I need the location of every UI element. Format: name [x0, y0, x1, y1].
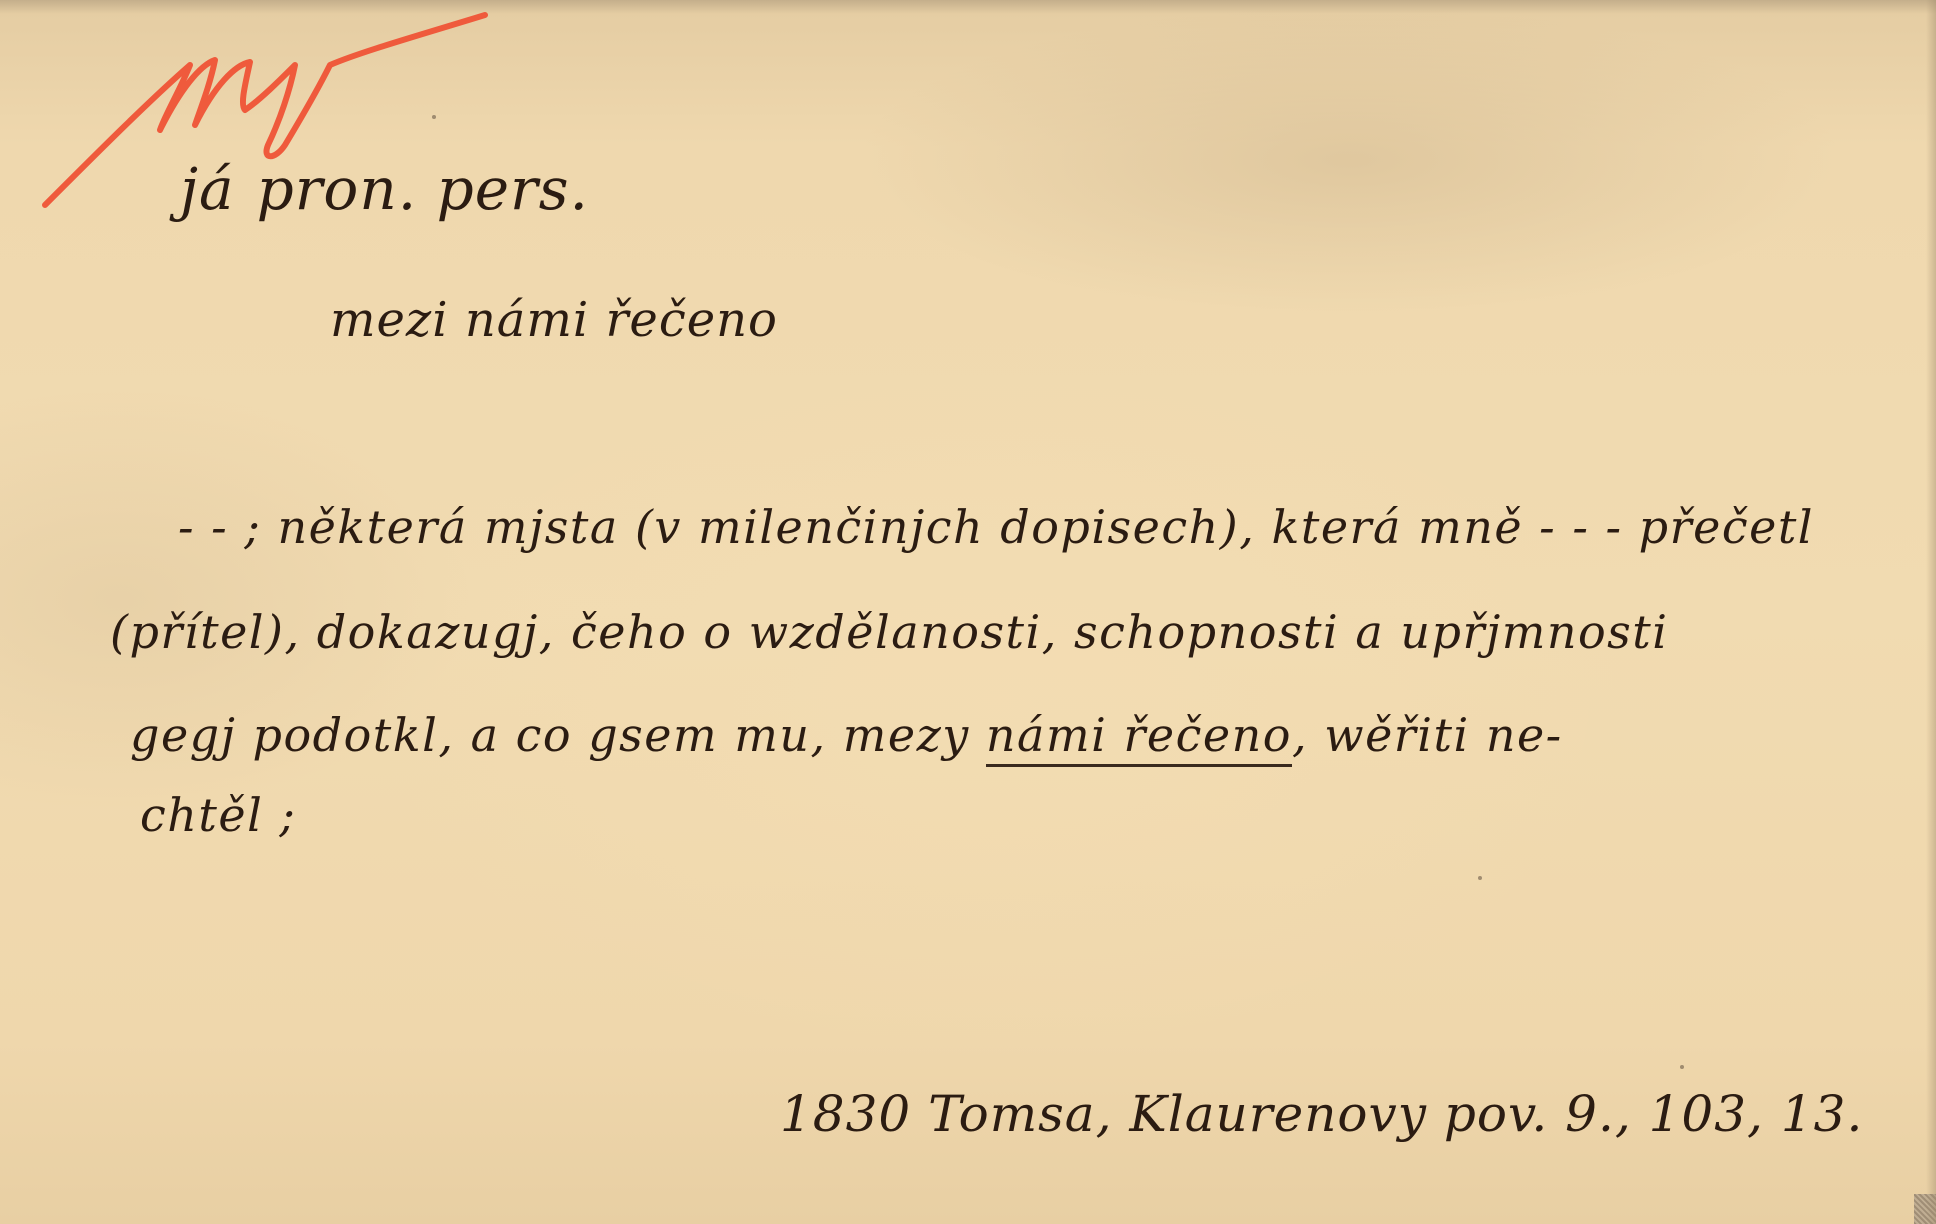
paper-speck [1680, 1065, 1684, 1069]
quotation-text: gegj podotkl, a co gsem mu, mezy [130, 708, 986, 762]
headword: já [180, 155, 235, 223]
grammatical-label: pron. pers. [257, 155, 589, 223]
phrase: mezi námi řečeno [330, 292, 778, 348]
quotation-line-3: gegj podotkl, a co gsem mu, mezy námi ře… [130, 708, 1563, 762]
paper-speck [1478, 876, 1482, 880]
dictionary-slip: my jápron. pers. mezi námi řečeno - - ; … [0, 0, 1936, 1224]
quotation-text: , wěřiti ne- [1292, 708, 1563, 762]
paper-speck [432, 115, 436, 119]
quotation-line-2: (přítel), dokazugj, čeho o wzdělanosti, … [110, 605, 1668, 659]
underlined-phrase: námi řečeno [986, 708, 1292, 767]
card-corner [1914, 1194, 1936, 1224]
quotation-line-1: - - ; některá mjsta (v milenčinjch dopis… [178, 500, 1814, 554]
headword-line: jápron. pers. [180, 155, 589, 223]
source-citation: 1830 Tomsa, Klaurenovy pov. 9., 103, 13. [780, 1085, 1863, 1143]
quotation-line-4: chtěl ; [140, 788, 296, 842]
